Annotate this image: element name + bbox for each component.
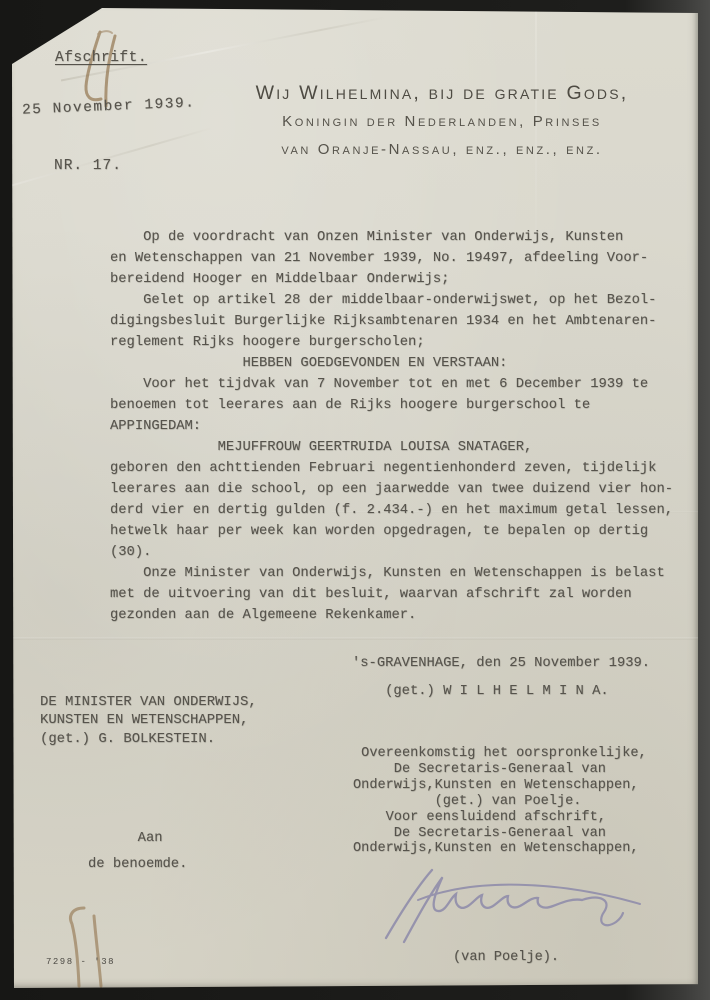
scanned-document: Afschrift. 25 November 1939. NR. 17. Wij… — [0, 0, 710, 1000]
certification-block: Overeenkomstig het oorspronkelijke, De S… — [353, 746, 647, 857]
document-number: NR. 17. — [54, 158, 122, 174]
copy-stamp: Afschrift. — [55, 50, 147, 66]
minister-signature-block: DE MINISTER VAN ONDERWIJS, KUNSTEN EN WE… — [40, 693, 257, 748]
date-annotation: 25 November 1939. — [22, 95, 196, 118]
pencil-mark-bottom — [52, 898, 112, 990]
paper-sheet: Afschrift. 25 November 1939. NR. 17. Wij… — [12, 6, 698, 988]
royal-letterhead: Wij Wilhelmina, bij de gratie Gods, Koni… — [177, 78, 707, 164]
paper-crease — [12, 637, 698, 640]
signature-name: (van Poelje). — [453, 950, 559, 965]
addressee-block: Aan de benoemde. — [88, 826, 187, 878]
letterhead-line-3: van Oranje-Nassau, enz., enz., enz. — [177, 136, 707, 164]
handwritten-signature-ink — [368, 858, 668, 950]
place-date-royal-signature: 's-GRAVENHAGE, den 25 November 1939. (ge… — [352, 650, 650, 706]
letterhead-line-1: Wij Wilhelmina, bij de gratie Gods, — [177, 78, 707, 108]
print-code: 7298 - '38 — [46, 957, 115, 967]
letterhead-line-2: Koningin der Nederlanden, Prinses — [177, 108, 707, 136]
decree-body-text: Op de voordracht van Onzen Minister van … — [110, 227, 673, 626]
